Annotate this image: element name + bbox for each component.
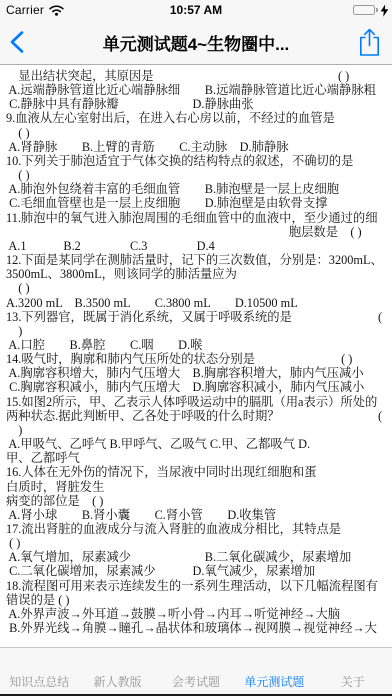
document-line: 16.人体在无外伤的情况下，当尿液中同时出现红细胞和蛋	[6, 465, 391, 479]
tab-label: 新人教版	[94, 673, 142, 690]
charging-bolt-icon	[380, 4, 389, 17]
tab-label: 单元测试题	[244, 673, 304, 690]
tab-unit-tests[interactable]: 单元测试题	[235, 648, 313, 696]
document-content[interactable]: 显出结状突起，其原因是 ( ) A.远端静脉管道比近心端静脉细 B.远端静脉管道…	[0, 65, 392, 647]
document-line: ( )	[6, 536, 391, 550]
status-time: 10:57 AM	[170, 3, 222, 17]
document-line: )	[6, 423, 391, 437]
document-line: 12.下面是某同学在测肺活量时，记下的三次数值，分别是：3200mL、	[6, 253, 391, 267]
carrier-label: Carrier	[6, 3, 44, 17]
tab-label: 关于	[341, 673, 365, 690]
document-line: A.远端静脉管道比近心端静脉细 B.远端静脉管道比近心端静脉粗	[6, 83, 391, 97]
document-line: 18.流程图可用来表示连续发生的一系列生理活动，以下几幅流程图有	[6, 579, 391, 593]
document-line: 病变的部位是 ( )	[6, 494, 391, 508]
document-line: 胞层数是 ( )	[6, 225, 391, 239]
document-line: 3500mL、3800mL，则该同学的肺活量应为	[6, 267, 391, 281]
tab-knowledge-summary[interactable]: 知识点总结	[0, 648, 78, 696]
share-icon[interactable]	[358, 28, 381, 57]
document-line: A.肺泡外包绕着丰富的毛细血管 B.肺泡壁是一层上皮细胞	[6, 182, 391, 196]
battery-icon	[353, 0, 389, 20]
document-line: A.肾静脉 B.上臂的青筋 C.主动脉 D.肺静脉	[6, 140, 391, 154]
document-line: A.1 B.2 C.3 D.4	[6, 239, 391, 253]
document-line: 9.血液从左心室射出后，在进入右心房以前，不经过的血管是	[6, 111, 391, 125]
tab-label: 知识点总结	[9, 673, 69, 690]
document-line: A.胸廓容积增大，肺内气压增大 B.胸廓容积增大，肺内气压减小	[6, 366, 391, 380]
document-line: A.氧气增加，尿素减少 B.二氧化碳减少，尿素增加	[6, 550, 391, 564]
document-line: 10.下列关于肺泡适宜于气体交换的结构特点的叙述，不确切的是	[6, 154, 391, 168]
document-line: A.外界声波→外耳道→鼓膜→听小骨→内耳→听觉神经→大脑	[6, 607, 391, 621]
tab-about[interactable]: 关于	[314, 648, 392, 696]
document-line: ( )	[6, 281, 391, 295]
status-bar: Carrier 10:57 AM	[0, 0, 392, 20]
document-line: 15.如图2所示，甲、乙表示人体呼吸运动中的膈肌（用a表示）所处的	[6, 395, 391, 409]
document-line: 11.肺泡中的氧气进入肺泡周围的毛细血管中的血液中，至少通过的细	[6, 211, 391, 225]
document-line: C.胸廓容积减小，肺内气压增大 D.胸廓容积减小，肺内气压减小	[6, 380, 391, 394]
tab-new-pep-edition[interactable]: 新人教版	[78, 648, 156, 696]
document-line: 错误的是 ( )	[6, 593, 391, 607]
tab-bar: 知识点总结新人教版会考试题单元测试题关于	[0, 647, 392, 696]
document-line: 白质时，肾脏发生	[6, 480, 391, 494]
document-line: B.外界光线→角膜→瞳孔→晶状体和玻璃体→视网膜→视觉神经→大	[6, 621, 391, 635]
document-line: 13.下列器官，既属于消化系统，又属于呼吸系统的是 (	[6, 310, 391, 324]
document-line: C.毛细血管壁也是一层上皮细胞 D.肺泡壁是由软骨支撑	[6, 196, 391, 210]
document-line: )	[6, 324, 391, 338]
tab-label: 会考试题	[172, 673, 220, 690]
document-line: C.静脉中具有静脉瓣 D.静脉曲张	[6, 97, 391, 111]
document-line: 显出结状突起，其原因是 ( )	[6, 69, 391, 83]
document-line: 甲、乙都呼气	[6, 451, 391, 465]
document-line: ( )	[6, 168, 391, 182]
document-line: C.二氧化碳增加，尿素减少 D.氧气减少，尿素增加	[6, 564, 391, 578]
document-line: 14.吸气时，胸廓和肺内气压所处的状态分别是 ( )	[6, 352, 391, 366]
back-button[interactable]	[10, 31, 24, 53]
document-line: A.3200 mL B.3500 mL C.3800 mL D.10500 mL	[6, 296, 391, 310]
document-line: A.甲吸气、乙呼气 B.甲呼气、乙吸气 C.甲、乙都吸气 D.	[6, 437, 391, 451]
document-line: ( )	[6, 126, 391, 140]
page-title: 单元测试题4~生物圈中...	[103, 30, 290, 55]
document-line: 17.流出肾脏的血液成分与流入肾脏的血液成分相比，其特点是	[6, 522, 391, 536]
navigation-bar: 单元测试题4~生物圈中...	[0, 20, 392, 65]
tab-exam-questions[interactable]: 会考试题	[157, 648, 235, 696]
document-line: A.肾小球 B.肾小囊 C.肾小管 D.收集管	[6, 508, 391, 522]
document-line: A.口腔 B.鼻腔 C.咽 D.喉	[6, 338, 391, 352]
document-line: 两种状态.据此判断甲、乙各处于呼吸的什么时期？ (	[6, 409, 391, 423]
wifi-icon	[49, 5, 64, 16]
